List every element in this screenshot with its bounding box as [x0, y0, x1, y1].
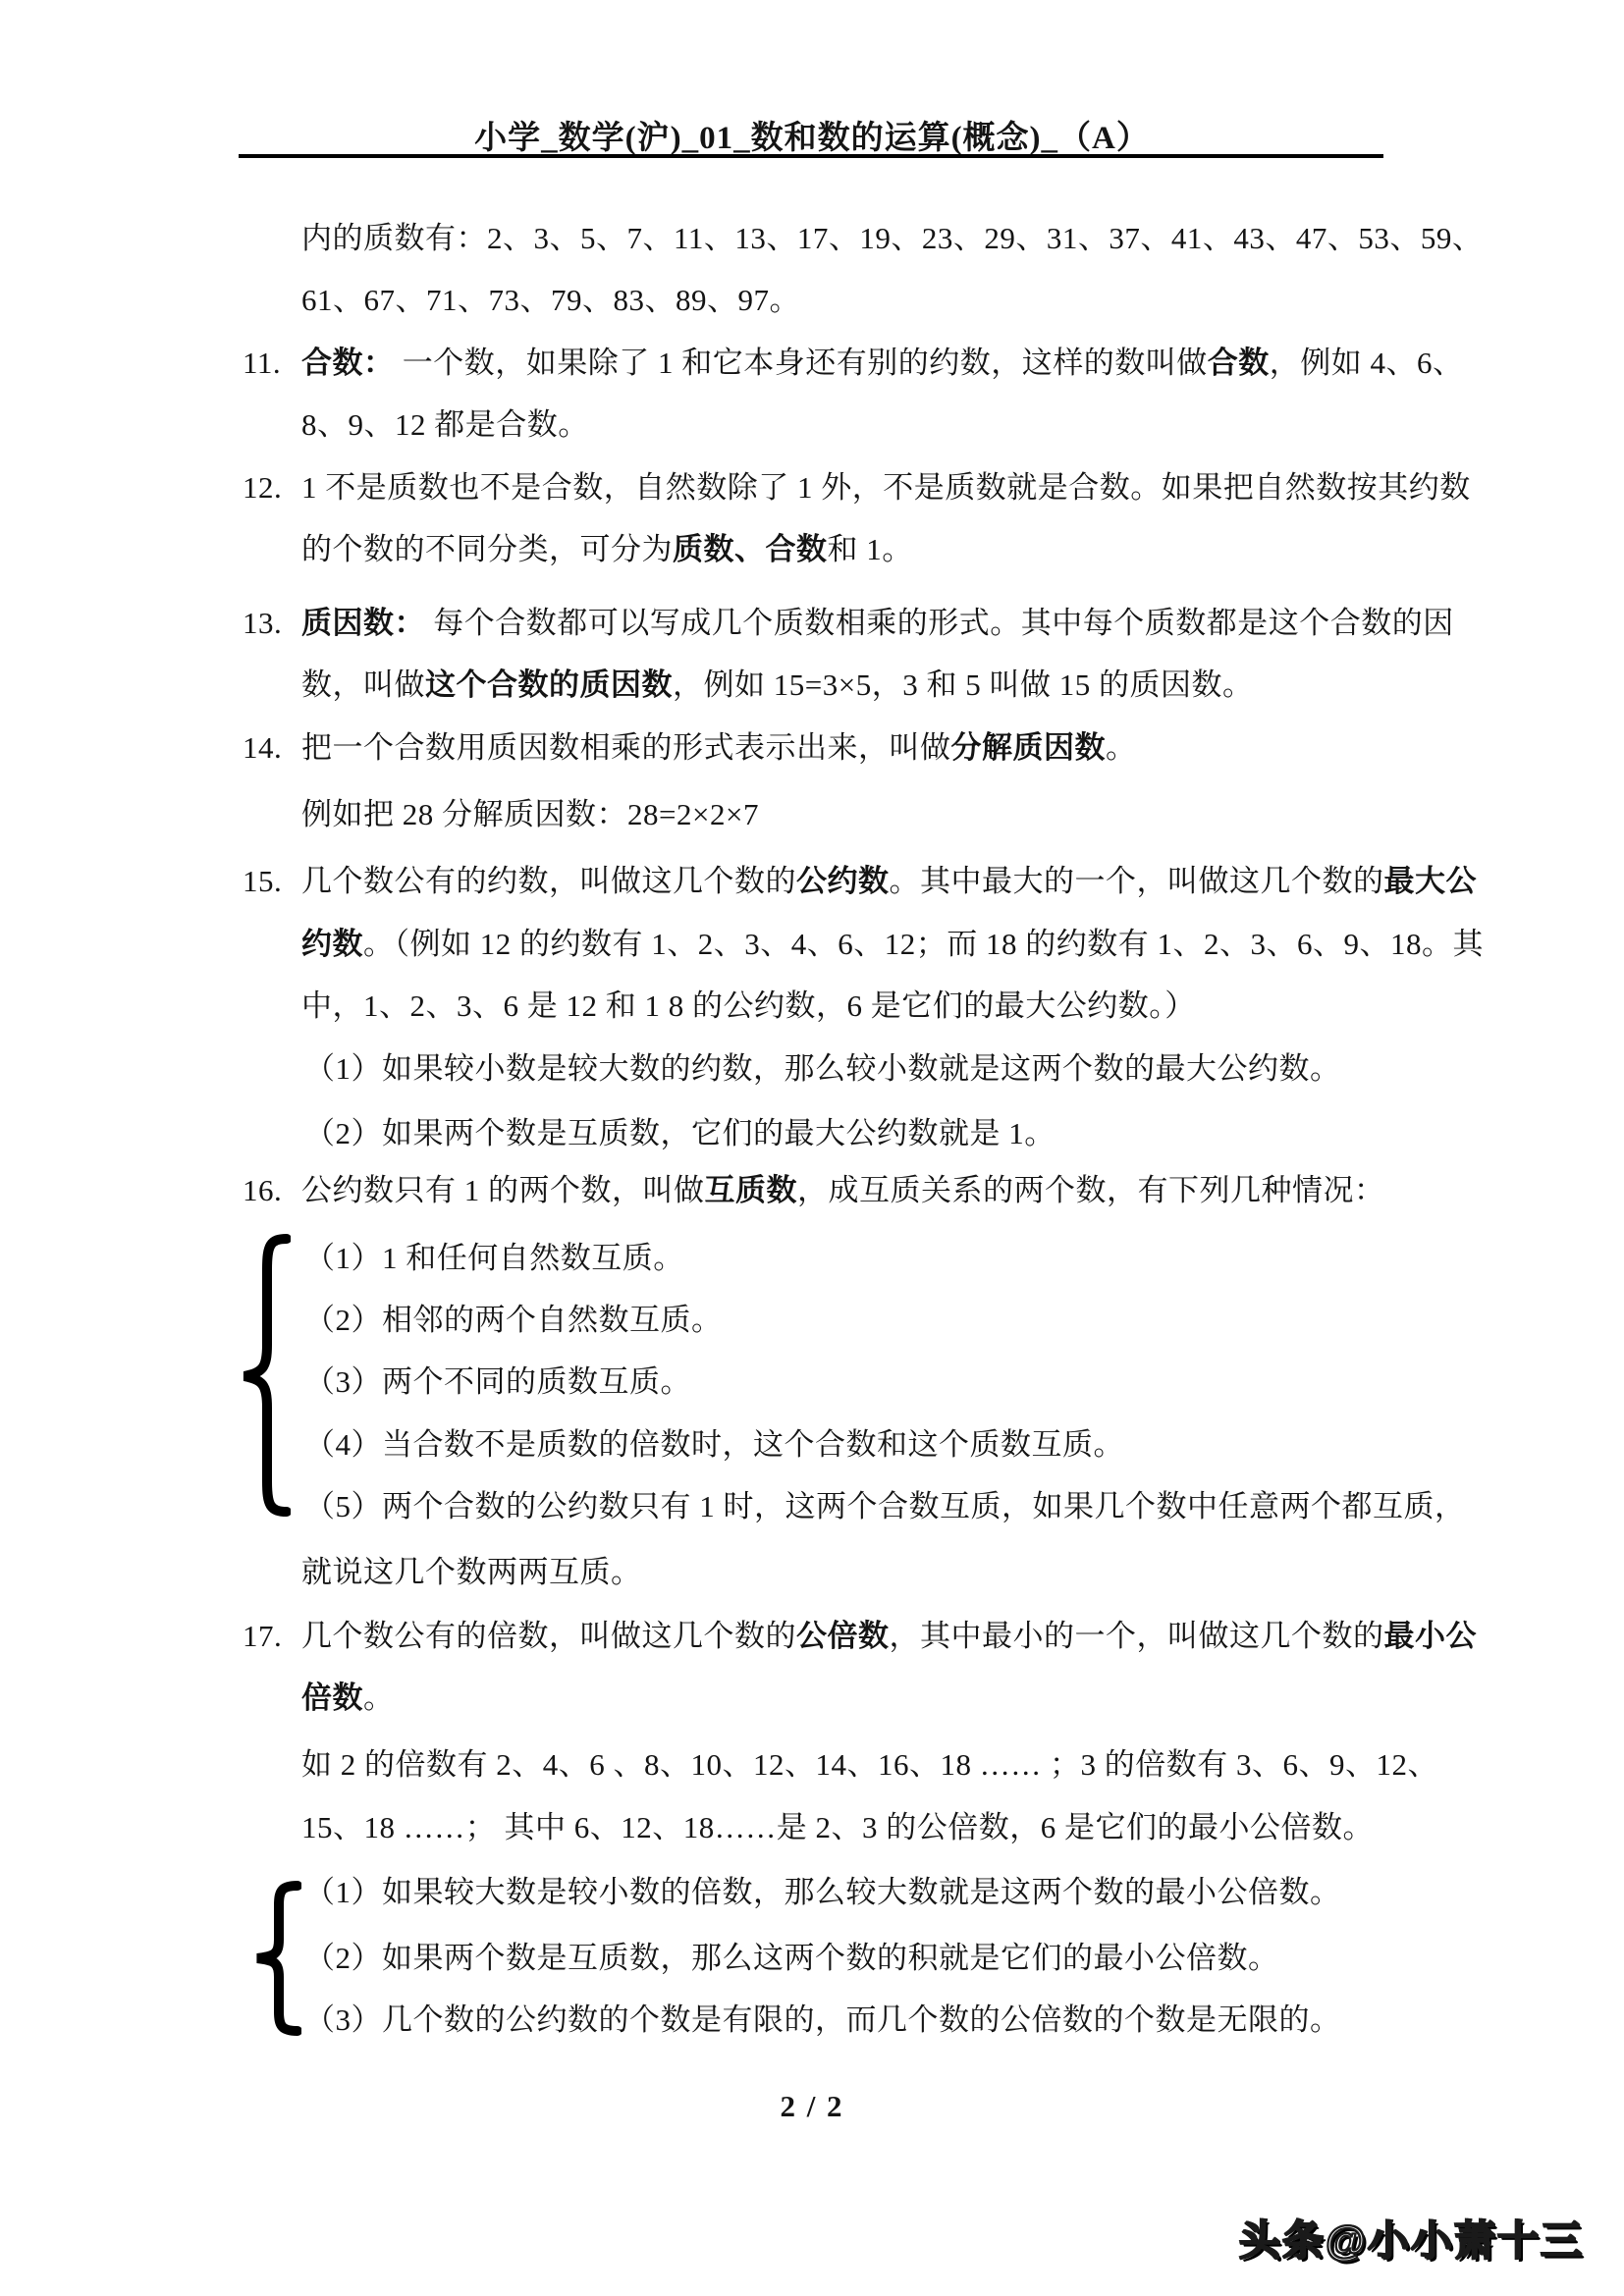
text-segment: 数，叫做	[301, 667, 425, 702]
text-segment: ，例如 15=3×5，3 和 5 叫做 15 的质因数。	[673, 667, 1253, 702]
text-segment: 。	[1106, 730, 1137, 765]
text-line: （2）如果两个数是互质数，它们的最大公约数就是 1。	[304, 1115, 1056, 1152]
text-segment: 内的质数有：2、3、5、7、11、13、17、19、23、29、31、37、41…	[301, 221, 1483, 255]
text-line: 13.质因数： 每个合数都可以写成几个质数相乘的形式。其中每个质数都是这个合数的…	[243, 605, 1454, 642]
text-segment: 每个合数都可以写成几个质数相乘的形式。其中每个质数都是这个合数的因	[425, 606, 1454, 640]
text-segment: （1）如果较小数是较大数的约数，那么较小数就是这两个数的最大公约数。	[304, 1051, 1341, 1086]
text-line: 8、9、12 都是合数。	[301, 406, 589, 444]
text-line: 内的质数有：2、3、5、7、11、13、17、19、23、29、31、37、41…	[301, 220, 1483, 257]
text-segment: 就说这几个数两两互质。	[301, 1555, 642, 1589]
text-line: 17.几个数公有的倍数，叫做这几个数的公倍数，其中最小的一个，叫做这几个数的最小…	[243, 1618, 1477, 1655]
line-text: 几个数公有的约数，叫做这几个数的公约数。其中最大的一个，叫做这几个数的最大公	[301, 864, 1477, 898]
line-text: 质因数： 每个合数都可以写成几个质数相乘的形式。其中每个质数都是这个合数的因	[301, 606, 1454, 640]
text-segment: 几个数公有的约数，叫做这几个数的	[301, 864, 796, 898]
text-segment: （3）几个数的公约数的个数是有限的，而几个数的公倍数的个数是无限的。	[304, 2002, 1341, 2037]
text-line: 数，叫做这个合数的质因数，例如 15=3×5，3 和 5 叫做 15 的质因数。	[301, 667, 1253, 704]
text-segment: 最大公	[1384, 864, 1478, 898]
text-line: 约数。（例如 12 的约数有 1、2、3、4、6、12；而 18 的约数有 1、…	[301, 926, 1484, 963]
text-segment: 如 2 的倍数有 2、4、6 、8、10、12、14、16、18 …… ；3 的…	[301, 1747, 1438, 1782]
text-segment: 质数、合数	[673, 532, 828, 566]
header-rule	[239, 154, 1383, 158]
text-line: 例如把 28 分解质因数：28=2×2×7	[301, 796, 759, 833]
text-segment: 。（例如 12 的约数有 1、2、3、4、6、12；而 18 的约数有 1、2、…	[363, 927, 1484, 961]
text-segment: 。其中最大的一个，叫做这几个数的	[890, 864, 1384, 898]
text-segment: 公约数	[796, 864, 890, 898]
line-text: 1 不是质数也不是合数，自然数除了 1 外，不是质数就是合数。如果把自然数按其约…	[301, 470, 1471, 505]
text-line: （2）相邻的两个自然数互质。	[304, 1302, 723, 1339]
text-line: （2）如果两个数是互质数，那么这两个数的积就是它们的最小公倍数。	[304, 1940, 1279, 1977]
list-number: 14.	[243, 729, 301, 767]
text-segment: 这个合数的质因数	[425, 667, 673, 702]
text-segment: 几个数公有的倍数，叫做这几个数的	[301, 1619, 796, 1653]
text-segment: 的个数的不同分类，可分为	[301, 532, 673, 566]
text-segment: 最小公	[1384, 1619, 1478, 1653]
document-title: 小学_数学(沪)_01_数和数的运算(概念)_（A）	[0, 112, 1624, 158]
text-segment: ，成互质关系的两个数，有下列几种情况：	[797, 1173, 1385, 1207]
text-segment: 倍数	[301, 1681, 363, 1715]
line-text: 几个数公有的倍数，叫做这几个数的公倍数，其中最小的一个，叫做这几个数的最小公	[301, 1619, 1477, 1653]
text-segment: 例如把 28 分解质因数：28=2×2×7	[301, 797, 759, 831]
list-number: 11.	[243, 345, 301, 382]
list-number: 13.	[243, 605, 301, 642]
text-segment: （5）两个合数的公约数只有 1 时，这两个合数互质，如果几个数中任意两个都互质，	[304, 1489, 1466, 1523]
text-line: （3）两个不同的质数互质。	[304, 1363, 691, 1401]
text-segment: 把一个合数用质因数相乘的形式表示出来，叫做	[301, 730, 951, 765]
text-segment: （1）1 和任何自然数互质。	[304, 1241, 684, 1275]
text-segment: 和 1。	[828, 532, 913, 566]
curly-brace	[240, 1233, 291, 1518]
text-line: （5）两个合数的公约数只有 1 时，这两个合数互质，如果几个数中任意两个都互质，	[304, 1488, 1466, 1525]
text-line: 如 2 的倍数有 2、4、6 、8、10、12、14、16、18 …… ；3 的…	[301, 1746, 1438, 1784]
text-segment: ，其中最小的一个，叫做这几个数的	[890, 1619, 1384, 1653]
list-number: 12.	[243, 469, 301, 507]
text-segment: 61、67、71、73、79、83、89、97。	[301, 283, 800, 317]
text-line: （3）几个数的公约数的个数是有限的，而几个数的公倍数的个数是无限的。	[304, 2002, 1341, 2039]
text-segment: 中，1、2、3、6 是 12 和 1 8 的公约数，6 是它们的最大公约数。）	[301, 988, 1196, 1023]
text-segment: ，例如 4、6、	[1270, 346, 1464, 380]
text-line: （4）当合数不是质数的倍数时，这个合数和这个质数互质。	[304, 1426, 1124, 1464]
text-segment: 约数	[301, 927, 363, 961]
text-line: 16.公约数只有 1 的两个数，叫做互质数，成互质关系的两个数，有下列几种情况：	[243, 1172, 1385, 1209]
text-segment: 1 不是质数也不是合数，自然数除了 1 外，不是质数就是合数。如果把自然数按其约…	[301, 470, 1471, 505]
text-segment: （2）如果两个数是互质数，它们的最大公约数就是 1。	[304, 1116, 1056, 1150]
text-line: 15、18 ……； 其中 6、12、18……是 2、3 的公倍数，6 是它们的最…	[301, 1809, 1374, 1846]
text-line: 就说这几个数两两互质。	[301, 1554, 642, 1591]
text-line: （1）如果较小数是较大数的约数，那么较小数就是这两个数的最大公约数。	[304, 1050, 1341, 1088]
text-segment: （4）当合数不是质数的倍数时，这个合数和这个质数互质。	[304, 1427, 1124, 1462]
text-segment: 。	[363, 1681, 395, 1715]
text-line: 的个数的不同分类，可分为质数、合数和 1。	[301, 531, 913, 568]
text-segment: 公约数只有 1 的两个数，叫做	[301, 1173, 705, 1207]
text-line: 12.1 不是质数也不是合数，自然数除了 1 外，不是质数就是合数。如果把自然数…	[243, 469, 1471, 507]
text-segment: 合数	[1208, 346, 1270, 380]
list-number: 16.	[243, 1172, 301, 1209]
list-number: 15.	[243, 863, 301, 900]
text-segment: 质因数：	[301, 606, 425, 640]
line-text: 合数： 一个数，如果除了 1 和它本身还有别的约数，这样的数叫做合数，例如 4、…	[301, 346, 1464, 380]
text-segment: 15、18 ……； 其中 6、12、18……是 2、3 的公倍数，6 是它们的最…	[301, 1810, 1374, 1844]
text-segment: 公倍数	[796, 1619, 890, 1653]
text-line: 倍数。	[301, 1680, 395, 1717]
text-line: 中，1、2、3、6 是 12 和 1 8 的公约数，6 是它们的最大公约数。）	[301, 988, 1196, 1025]
text-segment: （1）如果较大数是较小数的倍数，那么较大数就是这两个数的最小公倍数。	[304, 1875, 1341, 1909]
text-line: （1）1 和任何自然数互质。	[304, 1240, 684, 1277]
text-segment: 互质数	[705, 1173, 798, 1207]
list-number: 17.	[243, 1618, 301, 1655]
text-segment: 分解质因数	[951, 730, 1107, 765]
text-segment: （3）两个不同的质数互质。	[304, 1364, 691, 1399]
text-line: 15.几个数公有的约数，叫做这几个数的公约数。其中最大的一个，叫做这几个数的最大…	[243, 863, 1477, 900]
text-line: 14.把一个合数用质因数相乘的形式表示出来，叫做分解质因数。	[243, 729, 1137, 767]
text-line: 61、67、71、73、79、83、89、97。	[301, 282, 800, 319]
curly-brace	[252, 1881, 301, 2036]
watermark: 头条@小小萧十三	[1239, 2209, 1584, 2268]
text-segment: 8、9、12 都是合数。	[301, 407, 589, 442]
text-line: （1）如果较大数是较小数的倍数，那么较大数就是这两个数的最小公倍数。	[304, 1874, 1341, 1911]
text-segment: （2）相邻的两个自然数互质。	[304, 1303, 723, 1337]
page-number: 2 / 2	[0, 2089, 1624, 2124]
text-segment: 合数：	[301, 346, 395, 380]
text-segment: （2）如果两个数是互质数，那么这两个数的积就是它们的最小公倍数。	[304, 1941, 1279, 1975]
text-segment: 一个数，如果除了 1 和它本身还有别的约数，这样的数叫做	[395, 346, 1208, 380]
line-text: 公约数只有 1 的两个数，叫做互质数，成互质关系的两个数，有下列几种情况：	[301, 1173, 1385, 1207]
line-text: 把一个合数用质因数相乘的形式表示出来，叫做分解质因数。	[301, 730, 1137, 765]
text-line: 11.合数： 一个数，如果除了 1 和它本身还有别的约数，这样的数叫做合数，例如…	[243, 345, 1464, 382]
document-page: 小学_数学(沪)_01_数和数的运算(概念)_（A） 内的质数有：2、3、5、7…	[0, 0, 1624, 2296]
